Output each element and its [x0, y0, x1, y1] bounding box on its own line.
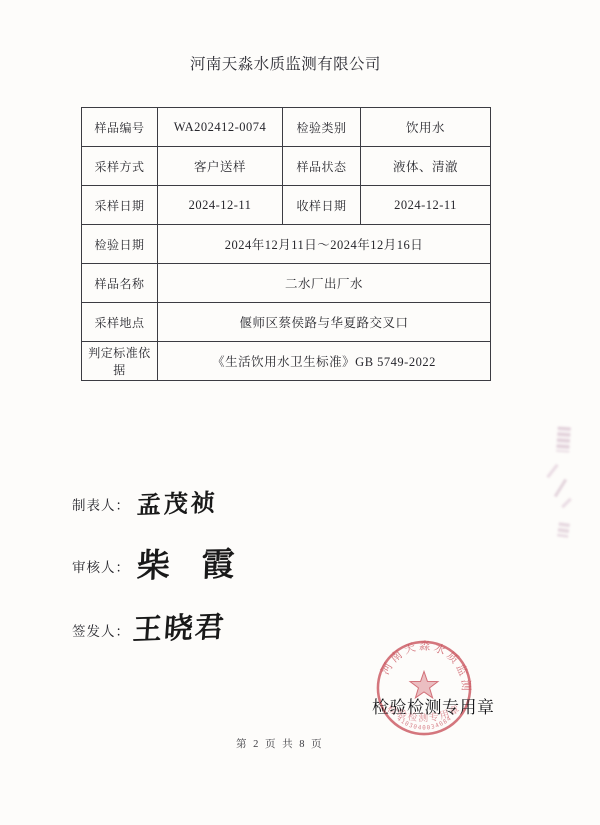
reviewer-label: 审核人： [72, 556, 130, 576]
field-value: WA202412-0074 [158, 108, 283, 147]
issuer-label: 签发人： [72, 620, 130, 640]
preparer-signature: 孟茂祯 [136, 483, 218, 521]
ink-bleed-mark [557, 522, 570, 537]
table-row: 判定标准依据 《生活饮用水卫生标准》GB 5749-2022 [82, 342, 491, 381]
table-row: 采样方式 客户送样 样品状态 液体、清澈 [82, 147, 491, 186]
field-label: 检验类别 [283, 108, 361, 147]
preparer-label: 制表人： [72, 494, 130, 514]
field-value: 2024年12月11日～2024年12月16日 [158, 225, 491, 264]
page-footer: 第 2 页 共 8 页 [236, 736, 324, 751]
field-label: 样品名称 [82, 264, 158, 303]
field-value: 客户送样 [158, 147, 283, 186]
ink-bleed-mark [561, 498, 572, 509]
table-row: 检验日期 2024年12月11日～2024年12月16日 [82, 225, 491, 264]
field-label: 检验日期 [82, 225, 158, 264]
field-value: 二水厂出厂水 [158, 264, 491, 303]
field-value: 《生活饮用水卫生标准》GB 5749-2022 [158, 342, 491, 381]
inspection-seal: 河南天淼水质监测有限公司 检验检测专用章 4103040034084 [375, 639, 473, 737]
field-value: 2024-12-11 [158, 186, 283, 225]
company-title: 河南天淼水质监测有限公司 [190, 52, 381, 74]
ink-bleed-mark [546, 464, 558, 478]
seal-overlay-text: 检验检测专用章 [372, 693, 495, 718]
field-label: 判定标准依据 [82, 342, 158, 381]
table-row: 样品名称 二水厂出厂水 [82, 264, 491, 303]
ink-bleed-mark [556, 427, 571, 453]
field-value: 偃师区蔡侯路与华夏路交叉口 [158, 303, 491, 342]
field-label: 样品状态 [283, 147, 361, 186]
field-label: 采样地点 [82, 303, 158, 342]
field-value: 液体、清澈 [361, 147, 491, 186]
field-label: 收样日期 [283, 186, 361, 225]
field-value: 2024-12-11 [361, 186, 491, 225]
sample-info-table: 样品编号 WA202412-0074 检验类别 饮用水 采样方式 客户送样 样品… [81, 107, 491, 381]
field-value: 饮用水 [361, 108, 491, 147]
ink-bleed-mark [554, 479, 567, 498]
table-row: 样品编号 WA202412-0074 检验类别 饮用水 [82, 108, 491, 147]
report-page: 河南天淼水质监测有限公司 样品编号 WA202412-0074 检验类别 饮用水… [0, 0, 600, 825]
seal-graphic: 河南天淼水质监测有限公司 检验检测专用章 4103040034084 [375, 639, 473, 737]
table-row: 采样地点 偃师区蔡侯路与华夏路交叉口 [82, 303, 491, 342]
field-label: 采样日期 [82, 186, 158, 225]
field-label: 样品编号 [82, 108, 158, 147]
issuer-signature: 王晓君 [132, 604, 228, 648]
table-row: 采样日期 2024-12-11 收样日期 2024-12-11 [82, 186, 491, 225]
field-label: 采样方式 [82, 147, 158, 186]
reviewer-signature: 柴 霞 [136, 538, 245, 587]
